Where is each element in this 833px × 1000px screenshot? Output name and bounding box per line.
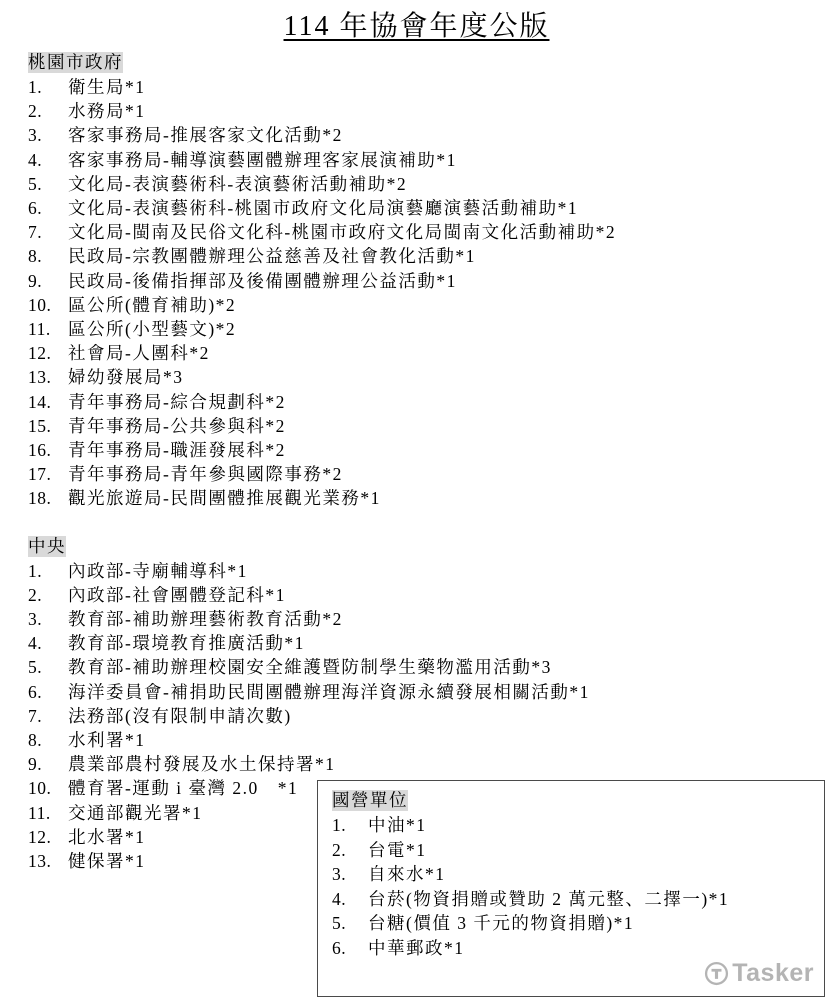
list-item: 10. 區公所(體育補助)*2 xyxy=(28,293,833,317)
item-number: 5. xyxy=(332,911,368,936)
list-item: 4. 客家事務局-輔導演藝團體辦理客家展演補助*1 xyxy=(28,148,833,172)
item-number: 13. xyxy=(28,365,68,389)
section-list: 1. 衛生局*1 2. 水務局*1 3. 客家事務局-推展客家文化活動*2 4.… xyxy=(28,75,833,511)
list-item: 4. 教育部-環境教育推廣活動*1 xyxy=(28,631,833,655)
item-number: 3. xyxy=(28,607,68,631)
item-text: 海洋委員會-補捐助民間團體辦理海洋資源永續發展相關活動*1 xyxy=(68,680,590,704)
list-item: 7. 法務部(沒有限制申請次數) xyxy=(28,704,833,728)
list-item: 3. 教育部-補助辦理藝術教育活動*2 xyxy=(28,607,833,631)
item-text: 教育部-補助辦理校園安全維護暨防制學生藥物濫用活動*3 xyxy=(68,655,552,679)
section-header: 桃園市政府 xyxy=(28,52,123,73)
list-item: 13. 婦幼發展局*3 xyxy=(28,365,833,389)
item-number: 11. xyxy=(28,801,68,825)
item-text: 社會局-人團科*2 xyxy=(68,341,210,365)
section-taoyuan-government: 桃園市政府 1. 衛生局*1 2. 水務局*1 3. 客家事務局-推展客家文化活… xyxy=(28,52,833,511)
item-number: 10. xyxy=(28,293,68,317)
item-text: 文化局-表演藝術科-表演藝術活動補助*2 xyxy=(68,172,407,196)
list-item: 9. 農業部農村發展及水土保持署*1 xyxy=(28,752,833,776)
item-number: 3. xyxy=(332,862,368,887)
item-number: 4. xyxy=(28,148,68,172)
item-number: 4. xyxy=(28,631,68,655)
item-text: 台糖(價值 3 千元的物資捐贈)*1 xyxy=(368,911,634,936)
item-text: 衛生局*1 xyxy=(68,75,146,99)
item-number: 9. xyxy=(28,269,68,293)
item-number: 16. xyxy=(28,438,68,462)
list-item: 6. 中華郵政*1 xyxy=(332,936,814,961)
item-text: 自來水*1 xyxy=(368,862,446,887)
item-number: 5. xyxy=(28,655,68,679)
item-text: 台菸(物資捐贈或贊助 2 萬元整、二擇一)*1 xyxy=(368,887,729,912)
item-text: 台電*1 xyxy=(368,838,427,863)
item-text: 區公所(體育補助)*2 xyxy=(68,293,236,317)
list-item: 2. 台電*1 xyxy=(332,838,814,863)
list-item: 2. 水務局*1 xyxy=(28,99,833,123)
list-item: 3. 客家事務局-推展客家文化活動*2 xyxy=(28,123,833,147)
section-header: 國營單位 xyxy=(332,790,408,811)
item-number: 1. xyxy=(28,559,68,583)
item-text: 婦幼發展局*3 xyxy=(68,365,184,389)
tasker-logo-icon xyxy=(704,961,729,986)
list-item: 9. 民政局-後備指揮部及後備團體辦理公益活動*1 xyxy=(28,269,833,293)
item-number: 6. xyxy=(28,196,68,220)
list-item: 3. 自來水*1 xyxy=(332,862,814,887)
item-text: 客家事務局-輔導演藝團體辦理客家展演補助*1 xyxy=(68,148,457,172)
item-text: 中華郵政*1 xyxy=(368,936,465,961)
list-item: 12. 社會局-人團科*2 xyxy=(28,341,833,365)
item-number: 2. xyxy=(28,583,68,607)
watermark: Tasker xyxy=(704,959,814,988)
item-text: 北水署*1 xyxy=(68,825,146,849)
item-number: 7. xyxy=(28,220,68,244)
item-number: 1. xyxy=(28,75,68,99)
item-text: 文化局-表演藝術科-桃園市政府文化局演藝廳演藝活動補助*1 xyxy=(68,196,578,220)
list-item: 6. 海洋委員會-補捐助民間團體辦理海洋資源永續發展相關活動*1 xyxy=(28,680,833,704)
item-text: 教育部-補助辦理藝術教育活動*2 xyxy=(68,607,343,631)
item-text: 農業部農村發展及水土保持署*1 xyxy=(68,752,336,776)
item-number: 13. xyxy=(28,849,68,873)
item-text: 教育部-環境教育推廣活動*1 xyxy=(68,631,305,655)
item-number: 12. xyxy=(28,341,68,365)
list-item: 18. 觀光旅遊局-民間團體推展觀光業務*1 xyxy=(28,486,833,510)
item-number: 7. xyxy=(28,704,68,728)
item-text: 青年事務局-青年參與國際事務*2 xyxy=(68,462,343,486)
item-number: 6. xyxy=(28,680,68,704)
item-text: 內政部-寺廟輔導科*1 xyxy=(68,559,248,583)
item-text: 民政局-後備指揮部及後備團體辦理公益活動*1 xyxy=(68,269,457,293)
list-item: 4. 台菸(物資捐贈或贊助 2 萬元整、二擇一)*1 xyxy=(332,887,814,912)
item-text: 水利署*1 xyxy=(68,728,146,752)
item-text: 體育署-運動 i 臺灣 2.0 *1 xyxy=(68,776,298,800)
item-number: 17. xyxy=(28,462,68,486)
item-number: 11. xyxy=(28,317,68,341)
document-page: 114 年協會年度公版 桃園市政府 1. 衛生局*1 2. 水務局*1 3. 客… xyxy=(0,0,833,1000)
item-number: 2. xyxy=(28,99,68,123)
item-text: 交通部觀光署*1 xyxy=(68,801,203,825)
page-title-text: 114 年協會年度公版 xyxy=(284,11,550,42)
list-item: 5. 台糖(價值 3 千元的物資捐贈)*1 xyxy=(332,911,814,936)
list-item: 8. 水利署*1 xyxy=(28,728,833,752)
list-item: 2. 內政部-社會團體登記科*1 xyxy=(28,583,833,607)
item-number: 2. xyxy=(332,838,368,863)
item-text: 觀光旅遊局-民間團體推展觀光業務*1 xyxy=(68,486,381,510)
item-number: 1. xyxy=(332,813,368,838)
list-item: 7. 文化局-閩南及民俗文化科-桃園市政府文化局閩南文化活動補助*2 xyxy=(28,220,833,244)
item-text: 青年事務局-公共參與科*2 xyxy=(68,414,286,438)
list-item: 8. 民政局-宗教團體辦理公益慈善及社會教化活動*1 xyxy=(28,244,833,268)
item-number: 10. xyxy=(28,776,68,800)
item-text: 內政部-社會團體登記科*1 xyxy=(68,583,286,607)
item-text: 客家事務局-推展客家文化活動*2 xyxy=(68,123,343,147)
section-header: 中央 xyxy=(28,536,66,557)
list-item: 1. 中油*1 xyxy=(332,813,814,838)
item-number: 14. xyxy=(28,390,68,414)
list-item: 1. 內政部-寺廟輔導科*1 xyxy=(28,559,833,583)
item-number: 6. xyxy=(332,936,368,961)
item-number: 3. xyxy=(28,123,68,147)
item-text: 民政局-宗教團體辦理公益慈善及社會教化活動*1 xyxy=(68,244,476,268)
list-item: 6. 文化局-表演藝術科-桃園市政府文化局演藝廳演藝活動補助*1 xyxy=(28,196,833,220)
item-text: 水務局*1 xyxy=(68,99,146,123)
item-number: 9. xyxy=(28,752,68,776)
list-item: 14. 青年事務局-綜合規劃科*2 xyxy=(28,390,833,414)
item-number: 12. xyxy=(28,825,68,849)
watermark-label: Tasker xyxy=(732,959,814,988)
list-item: 16. 青年事務局-職涯發展科*2 xyxy=(28,438,833,462)
box-list: 1. 中油*1 2. 台電*1 3. 自來水*1 4. 台菸(物資捐贈或贊助 2… xyxy=(332,813,814,961)
item-number: 8. xyxy=(28,244,68,268)
list-item: 1. 衛生局*1 xyxy=(28,75,833,99)
item-text: 健保署*1 xyxy=(68,849,146,873)
item-number: 4. xyxy=(332,887,368,912)
item-text: 青年事務局-綜合規劃科*2 xyxy=(68,390,286,414)
list-item: 15. 青年事務局-公共參與科*2 xyxy=(28,414,833,438)
item-number: 5. xyxy=(28,172,68,196)
list-item: 17. 青年事務局-青年參與國際事務*2 xyxy=(28,462,833,486)
page-title: 114 年協會年度公版 xyxy=(0,0,833,44)
item-text: 中油*1 xyxy=(368,813,427,838)
item-text: 文化局-閩南及民俗文化科-桃園市政府文化局閩南文化活動補助*2 xyxy=(68,220,616,244)
list-item: 11. 區公所(小型藝文)*2 xyxy=(28,317,833,341)
item-number: 18. xyxy=(28,486,68,510)
list-item: 5. 教育部-補助辦理校園安全維護暨防制學生藥物濫用活動*3 xyxy=(28,655,833,679)
item-text: 青年事務局-職涯發展科*2 xyxy=(68,438,286,462)
item-number: 15. xyxy=(28,414,68,438)
item-text: 區公所(小型藝文)*2 xyxy=(68,317,236,341)
item-number: 8. xyxy=(28,728,68,752)
state-owned-units-box: 國營單位 1. 中油*1 2. 台電*1 3. 自來水*1 xyxy=(317,780,825,997)
list-item: 5. 文化局-表演藝術科-表演藝術活動補助*2 xyxy=(28,172,833,196)
item-text: 法務部(沒有限制申請次數) xyxy=(68,704,292,728)
